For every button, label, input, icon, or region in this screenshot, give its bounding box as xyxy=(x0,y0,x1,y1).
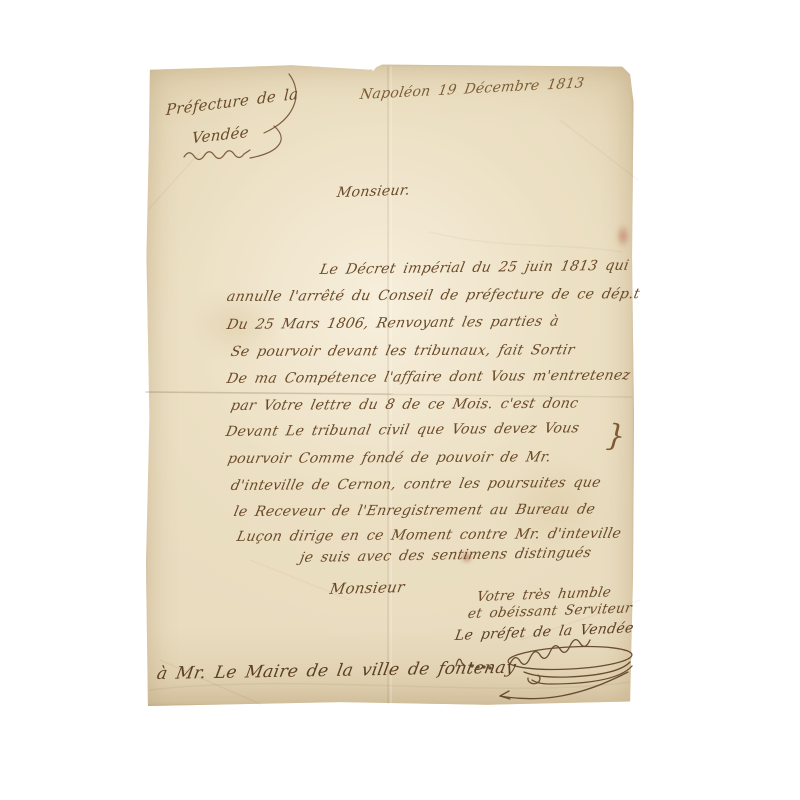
body-line: Se pourvoir devant les tribunaux, fait S… xyxy=(229,342,576,360)
body-line: Luçon dirige en ce Moment contre Mr. d'i… xyxy=(235,526,622,545)
margin-brace-mark: } xyxy=(605,418,627,454)
body-line: le Receveur de l'Enregistrement au Burea… xyxy=(232,501,596,520)
closing-monsieur: Monsieur xyxy=(328,578,406,598)
paper-top-notch xyxy=(366,63,380,71)
body-line: par Votre lettre du 8 de ce Mois. c'est … xyxy=(229,396,580,414)
letter-photo: Préfecture de la Vendée Napoléon 19 Déce… xyxy=(0,0,800,800)
body-line: d'inteville de Cernon, contre les poursu… xyxy=(229,475,602,494)
body-line: annulle l'arrêté du Conseil de préfectur… xyxy=(225,286,641,305)
body-line: pourvoir Comme fondé de pouvoir de Mr. xyxy=(226,449,552,467)
salutation: Monsieur. xyxy=(336,182,412,201)
